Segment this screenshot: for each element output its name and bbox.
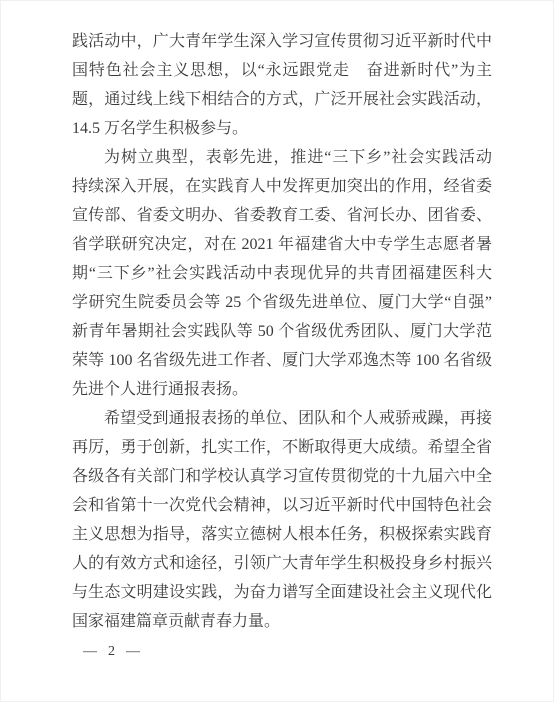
- text-line: 与生态文明建设实践，为奋力谱写全面建设社会主义现代化: [72, 578, 492, 607]
- page-number: 2: [108, 644, 115, 660]
- text-line: 会和省第十一次党代会精神，以习近平新时代中国特色社会: [72, 491, 492, 520]
- text-line: 荣等 100 名省级先进工作者、厦门大学邓逸杰等 100 名省级: [72, 346, 492, 375]
- text-line: 再厉，勇于创新，扎实工作，不断取得更大成绩。希望全省: [72, 433, 492, 462]
- text-line: 先进个人进行通报表扬。: [72, 375, 492, 404]
- text-line: 践活动中，广大青年学生深入学习宣传贯彻习近平新时代中: [72, 27, 492, 56]
- text-line: 主义思想为指导，落实立德树人根本任务，积极探索实践育: [72, 520, 492, 549]
- footer-left-dash: —: [83, 644, 97, 660]
- text-line: 新青年暑期社会实践队等 50 个省级优秀团队、厦门大学范: [72, 317, 492, 346]
- text-line: 各级各有关部门和学校认真学习宣传贯彻党的十九届六中全: [72, 462, 492, 491]
- text-line: 为树立典型，表彰先进，推进“三下乡”社会实践活动: [72, 143, 492, 172]
- text-line: 宣传部、省委文明办、省委教育工委、省河长办、团省委、: [72, 201, 492, 230]
- text-line: 人的有效方式和途径，引领广大青年学生积极投身乡村振兴: [72, 549, 492, 578]
- document-page: 践活动中，广大青年学生深入学习宣传贯彻习近平新时代中国特色社会主义思想，以“永远…: [0, 0, 554, 702]
- text-line: 国特色社会主义思想，以“永远跟党走 奋进新时代”为主: [72, 56, 492, 85]
- text-line: 题，通过线上线下相结合的方式，广泛开展社会实践活动，: [72, 85, 492, 114]
- text-line: 学研究生院委员会等 25 个省级先进单位、厦门大学“自强”: [72, 288, 492, 317]
- text-line: 14.5 万名学生积极参与。: [72, 114, 492, 143]
- text-line: 希望受到通报表扬的单位、团队和个人戒骄戒躁，再接: [72, 404, 492, 433]
- document-body: 践活动中，广大青年学生深入学习宣传贯彻习近平新时代中国特色社会主义思想，以“永远…: [72, 27, 492, 636]
- footer-right-dash: —: [126, 644, 140, 660]
- text-line: 持续深入开展，在实践育人中发挥更加突出的作用，经省委: [72, 172, 492, 201]
- text-line: 国家福建篇章贡献青春力量。: [72, 607, 492, 636]
- text-line: 期“三下乡”社会实践活动中表现优异的共青团福建医科大: [72, 259, 492, 288]
- text-line: 省学联研究决定，对在 2021 年福建省大中专学生志愿者暑: [72, 230, 492, 259]
- page-footer: — 2 —: [83, 642, 140, 662]
